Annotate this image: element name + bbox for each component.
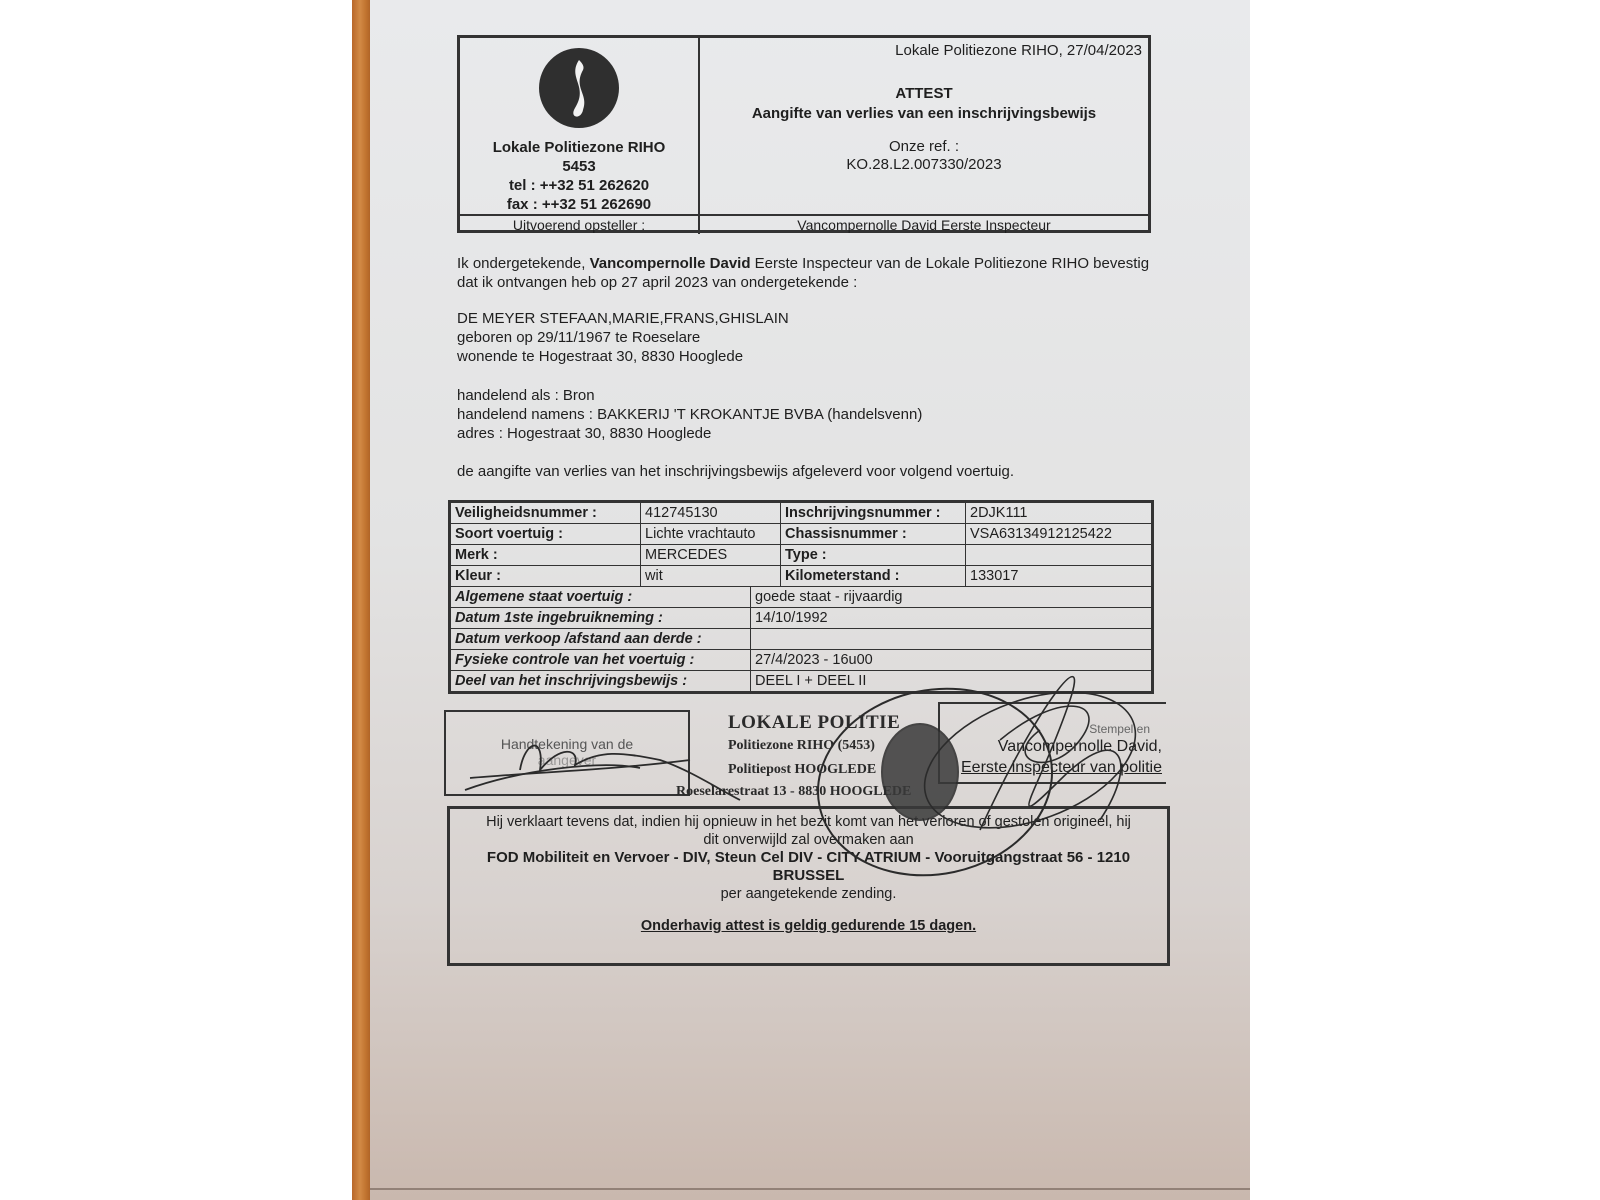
stamp-title: LOKALE POLITIE	[728, 712, 900, 734]
vehicle-field-value	[751, 629, 1151, 649]
vehicle-field-label: Fysieke controle van het voertuig :	[451, 650, 751, 670]
intro-officer: Vancompernolle David	[590, 255, 751, 272]
vehicle-field-value: 133017	[966, 566, 1151, 586]
declarant-residence: wonende te Hogestraat 30, 8830 Hooglede	[457, 347, 789, 366]
vehicle-field-value	[966, 545, 1151, 565]
declarant-block: DE MEYER STEFAAN,MARIE,FRANS,GHISLAIN ge…	[457, 309, 789, 366]
author-value: Vancompernolle David Eerste Inspecteur	[700, 214, 1148, 234]
intro-paragraph: Ik ondergetekende, Vancompernolle David …	[457, 254, 1157, 292]
declaration-box: Hij verklaart tevens dat, indien hij opn…	[447, 806, 1170, 966]
vehicle-row: Fysieke controle van het voertuig :27/4/…	[451, 650, 1151, 671]
org-tel: tel : ++32 51 262620	[493, 176, 666, 195]
vehicle-field-label: Datum 1ste ingebruikneming :	[451, 608, 751, 628]
vehicle-field-label: Deel van het inschrijvingsbewijs :	[451, 671, 751, 691]
vehicle-field-label: Algemene staat voertuig :	[451, 587, 751, 607]
ref-value: KO.28.L2.007330/2023	[700, 156, 1148, 174]
police-zone-contact: Lokale Politiezone RIHO 5453 tel : ++32 …	[493, 138, 666, 214]
declaration-fod: FOD Mobiliteit en Vervoer - DIV, Steun C…	[450, 849, 1167, 867]
document-header: Lokale Politiezone RIHO 5453 tel : ++32 …	[457, 35, 1151, 233]
org-fax: fax : ++32 51 262690	[493, 195, 666, 214]
stamp-zone: Politiezone RIHO (5453)	[728, 734, 900, 758]
declaration-line-1: Hij verklaart tevens dat, indien hij opn…	[450, 813, 1167, 831]
vehicle-field-label: Kilometerstand :	[781, 566, 966, 586]
vehicle-field-label: Inschrijvingsnummer :	[781, 503, 966, 523]
vehicle-field-value: 14/10/1992	[751, 608, 1151, 628]
vehicle-field-value: MERCEDES	[641, 545, 781, 565]
vehicle-field-value: Lichte vrachtauto	[641, 524, 781, 544]
declarant-birth: geboren op 29/11/1967 te Roeselare	[457, 328, 789, 347]
vehicle-row: Datum 1ste ingebruikneming :14/10/1992	[451, 608, 1151, 629]
wooden-table-edge	[352, 0, 372, 1200]
doc-subject: Aangifte van verlies van een inschrijvin…	[700, 104, 1148, 124]
declaration-line-2: dit onverwijld zal overmaken aan	[450, 831, 1167, 849]
vehicle-field-label: Merk :	[451, 545, 641, 565]
vehicle-row: Soort voertuig :Lichte vrachtautoChassis…	[451, 524, 1151, 545]
vehicle-field-label: Kleur :	[451, 566, 641, 586]
declaration-city: BRUSSEL	[450, 867, 1167, 885]
vehicle-field-value: wit	[641, 566, 781, 586]
vehicle-field-value: 2DJK111	[966, 503, 1151, 523]
reference: Onze ref. : KO.28.L2.007330/2023	[700, 138, 1148, 174]
vehicle-field-label: Datum verkoop /afstand aan derde :	[451, 629, 751, 649]
place-date: Lokale Politiezone RIHO, 27/04/2023	[895, 42, 1142, 59]
vehicle-row: Veiligheidsnummer :412745130Inschrijving…	[451, 503, 1151, 524]
vehicle-row: Algemene staat voertuig :goede staat - r…	[451, 587, 1151, 608]
declaration-method: per aangetekende zending.	[450, 885, 1167, 903]
stamp-address: Roeselarestraat 13 - 8830 HOOGLEDE	[676, 784, 911, 800]
intro-prefix: Ik ondergetekende,	[457, 255, 590, 272]
declarant-signature-label-2: aangever	[446, 752, 688, 768]
vehicle-field-label: Soort voertuig :	[451, 524, 641, 544]
org-code: 5453	[493, 157, 666, 176]
vehicle-table: Veiligheidsnummer :412745130Inschrijving…	[448, 500, 1154, 694]
vehicle-field-value: DEEL I + DEEL II	[751, 671, 1151, 691]
vehicle-field-label: Type :	[781, 545, 966, 565]
author-label: Uitvoerend opsteller :	[460, 214, 700, 234]
ref-label: Onze ref. :	[700, 138, 1148, 156]
vehicle-row: Kleur :witKilometerstand :133017	[451, 566, 1151, 587]
declarant-name: DE MEYER STEFAAN,MARIE,FRANS,GHISLAIN	[457, 309, 789, 328]
stamp-post: Politiepost HOOGLEDE	[728, 758, 900, 782]
acting-address: adres : Hogestraat 30, 8830 Hooglede	[457, 424, 922, 443]
declarant-signature-box: Handtekening van de aangever	[444, 710, 690, 796]
vehicle-row: Deel van het inschrijvingsbewijs :DEEL I…	[451, 671, 1151, 691]
declarant-signature-label: Handtekening van de	[446, 736, 688, 752]
vehicle-field-label: Veiligheidsnummer :	[451, 503, 641, 523]
paper-fold-line	[370, 1188, 1250, 1190]
police-zone-block: Lokale Politiezone RIHO 5453 tel : ++32 …	[460, 38, 700, 214]
validity-notice: Onderhavig attest is geldig gedurende 15…	[450, 917, 1167, 935]
doc-type: ATTEST	[700, 84, 1148, 104]
acting-as: handelend als : Bron	[457, 386, 922, 405]
lead-sentence: de aangifte van verlies van het inschrij…	[457, 462, 1014, 481]
officer-caption: Stempel en	[940, 722, 1150, 736]
vehicle-field-value: 412745130	[641, 503, 781, 523]
police-flame-logo-icon	[539, 48, 619, 128]
vehicle-field-value: 27/4/2023 - 16u00	[751, 650, 1151, 670]
document-title: ATTEST Aangifte van verlies van een insc…	[700, 84, 1148, 124]
officer-name: Vancompernolle David,	[940, 736, 1162, 758]
officer-signature-box: Stempel en Vancompernolle David, Eerste …	[938, 702, 1166, 784]
acting-block: handelend als : Bron handelend namens : …	[457, 386, 922, 443]
document-title-block: Lokale Politiezone RIHO, 27/04/2023 ATTE…	[700, 38, 1148, 214]
vehicle-field-value: goede staat - rijvaardig	[751, 587, 1151, 607]
vehicle-row: Datum verkoop /afstand aan derde :	[451, 629, 1151, 650]
org-name: Lokale Politiezone RIHO	[493, 138, 666, 157]
vehicle-field-label: Chassisnummer :	[781, 524, 966, 544]
officer-rank: Eerste inspecteur van politie	[940, 758, 1162, 778]
vehicle-row: Merk :MERCEDESType :	[451, 545, 1151, 566]
police-stamp-text: LOKALE POLITIE Politiezone RIHO (5453) P…	[728, 712, 900, 782]
acting-on-behalf: handelend namens : BAKKERIJ 'T KROKANTJE…	[457, 405, 922, 424]
vehicle-field-value: VSA63134912125422	[966, 524, 1151, 544]
